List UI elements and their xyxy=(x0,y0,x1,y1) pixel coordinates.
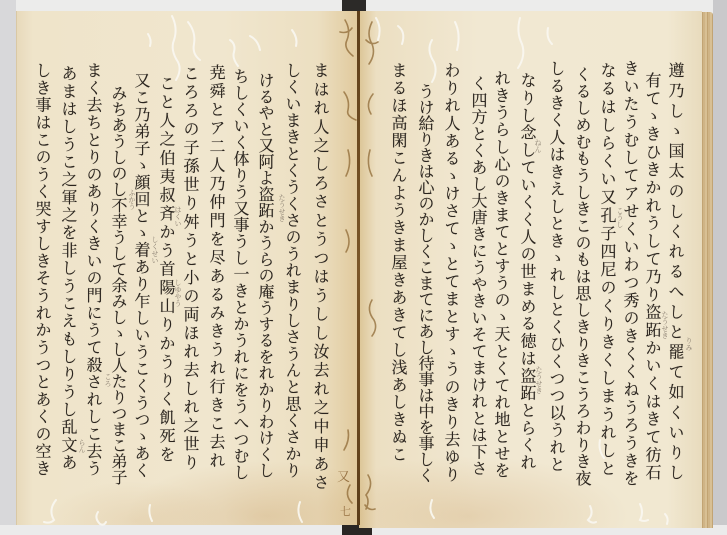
book-spread-photo: まはれ人之しろさとうつはうしし汝去れ之中申あさ しくいまきとくうくさのうれまりし… xyxy=(0,0,727,535)
paper-damage-and-stains xyxy=(0,0,727,535)
